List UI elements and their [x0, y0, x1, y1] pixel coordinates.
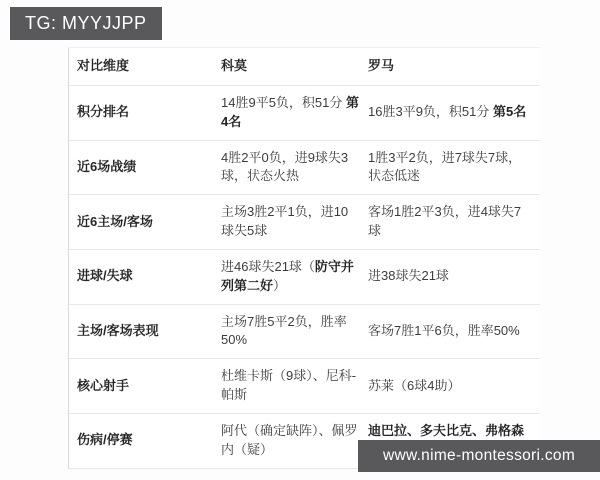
dimension-label: 近6场战绩: [69, 158, 221, 177]
como-value-cell: 杜维卡斯（9球）、尼科-帕斯: [221, 367, 368, 405]
como-value-cell: 14胜9平5负，积51分 第4名: [221, 94, 368, 132]
dimension-label: 主场/客场表现: [69, 322, 221, 341]
website-watermark-text: www.nime-montessori.com: [383, 447, 575, 465]
roma-value-cell: 苏莱（6球4助）: [368, 377, 540, 396]
value-text: 苏莱（6球4助）: [368, 378, 460, 393]
value-text: 杜维卡斯（9球）、尼科-帕斯: [221, 368, 356, 402]
table-row: 主场/客场表现 主场7胜5平2负，胜率50% 客场7胜1平6负，胜率50%: [69, 305, 540, 360]
dimension-label: 伤病/停赛: [69, 431, 221, 450]
value-text: 4胜2平0负，进9球失3球，状态火热: [221, 150, 348, 184]
website-watermark-badge: www.nime-montessori.com: [358, 440, 600, 472]
value-text: ）: [273, 278, 286, 293]
dimension-label: 核心射手: [69, 377, 221, 396]
dimension-label: 近6主场/客场: [69, 213, 221, 232]
table-row: 近6主场/客场 主场3胜2平1负，进10球失5球 客场1胜2平3负，进4球失7球: [69, 195, 540, 250]
table-row: 积分排名 14胜9平5负，积51分 第4名 16胜3平9负，积51分 第5名: [69, 86, 540, 141]
roma-value-cell: 客场1胜2平3负，进4球失7球: [368, 203, 540, 241]
header-team-roma: 罗马: [368, 57, 540, 76]
page-background: TG: MYYJJPP 对比维度 科莫 罗马 积分排名 14胜9平5负，积51分…: [0, 0, 600, 480]
table-header-row: 对比维度 科莫 罗马: [69, 48, 540, 86]
value-text: 客场1胜2平3负，进4球失7球: [368, 204, 521, 238]
value-text: 进46球失21球（: [221, 259, 315, 274]
como-value-cell: 进46球失21球（防守并列第二好）: [221, 258, 368, 296]
telegram-watermark-text: TG: MYYJJPP: [25, 13, 147, 34]
value-text: 进38球失21球: [368, 268, 449, 283]
team-comparison-table: 对比维度 科莫 罗马 积分排名 14胜9平5负，积51分 第4名 16胜3平9负…: [68, 47, 540, 469]
value-text: 1胜3平2负，进7球失7球，状态低迷: [368, 150, 521, 184]
header-dimension: 对比维度: [69, 57, 221, 76]
roma-value-cell: 1胜3平2负，进7球失7球，状态低迷: [368, 149, 540, 187]
highlighted-text: 第5名: [493, 104, 526, 119]
value-text: 主场7胜5平2负，胜率50%: [221, 314, 347, 348]
value-text: 客场7胜1平6负，胜率50%: [368, 323, 520, 338]
table-body: 积分排名 14胜9平5负，积51分 第4名 16胜3平9负，积51分 第5名 近…: [69, 86, 540, 469]
table-row: 近6场战绩 4胜2平0负，进9球失3球，状态火热 1胜3平2负，进7球失7球，状…: [69, 141, 540, 196]
header-team-como: 科莫: [221, 57, 368, 76]
roma-value-cell: 进38球失21球: [368, 267, 540, 286]
table-row: 核心射手 杜维卡斯（9球）、尼科-帕斯 苏莱（6球4助）: [69, 359, 540, 414]
como-value-cell: 主场3胜2平1负，进10球失5球: [221, 203, 368, 241]
value-text: 阿代（确定缺阵）、佩罗内（疑）: [221, 423, 358, 457]
dimension-label: 积分排名: [69, 103, 221, 122]
value-text: 主场3胜2平1负，进10球失5球: [221, 204, 348, 238]
value-text: 16胜3平9负，积51分: [368, 104, 493, 119]
como-value-cell: 4胜2平0负，进9球失3球，状态火热: [221, 149, 368, 187]
value-text: 14胜9平5负，积51分: [221, 95, 346, 110]
table-row: 进球/失球 进46球失21球（防守并列第二好） 进38球失21球: [69, 250, 540, 305]
telegram-watermark-badge: TG: MYYJJPP: [10, 7, 162, 40]
como-value-cell: 阿代（确定缺阵）、佩罗内（疑）: [221, 422, 368, 460]
roma-value-cell: 客场7胜1平6负，胜率50%: [368, 322, 540, 341]
dimension-label: 进球/失球: [69, 267, 221, 286]
como-value-cell: 主场7胜5平2负，胜率50%: [221, 313, 368, 351]
roma-value-cell: 16胜3平9负，积51分 第5名: [368, 103, 540, 122]
